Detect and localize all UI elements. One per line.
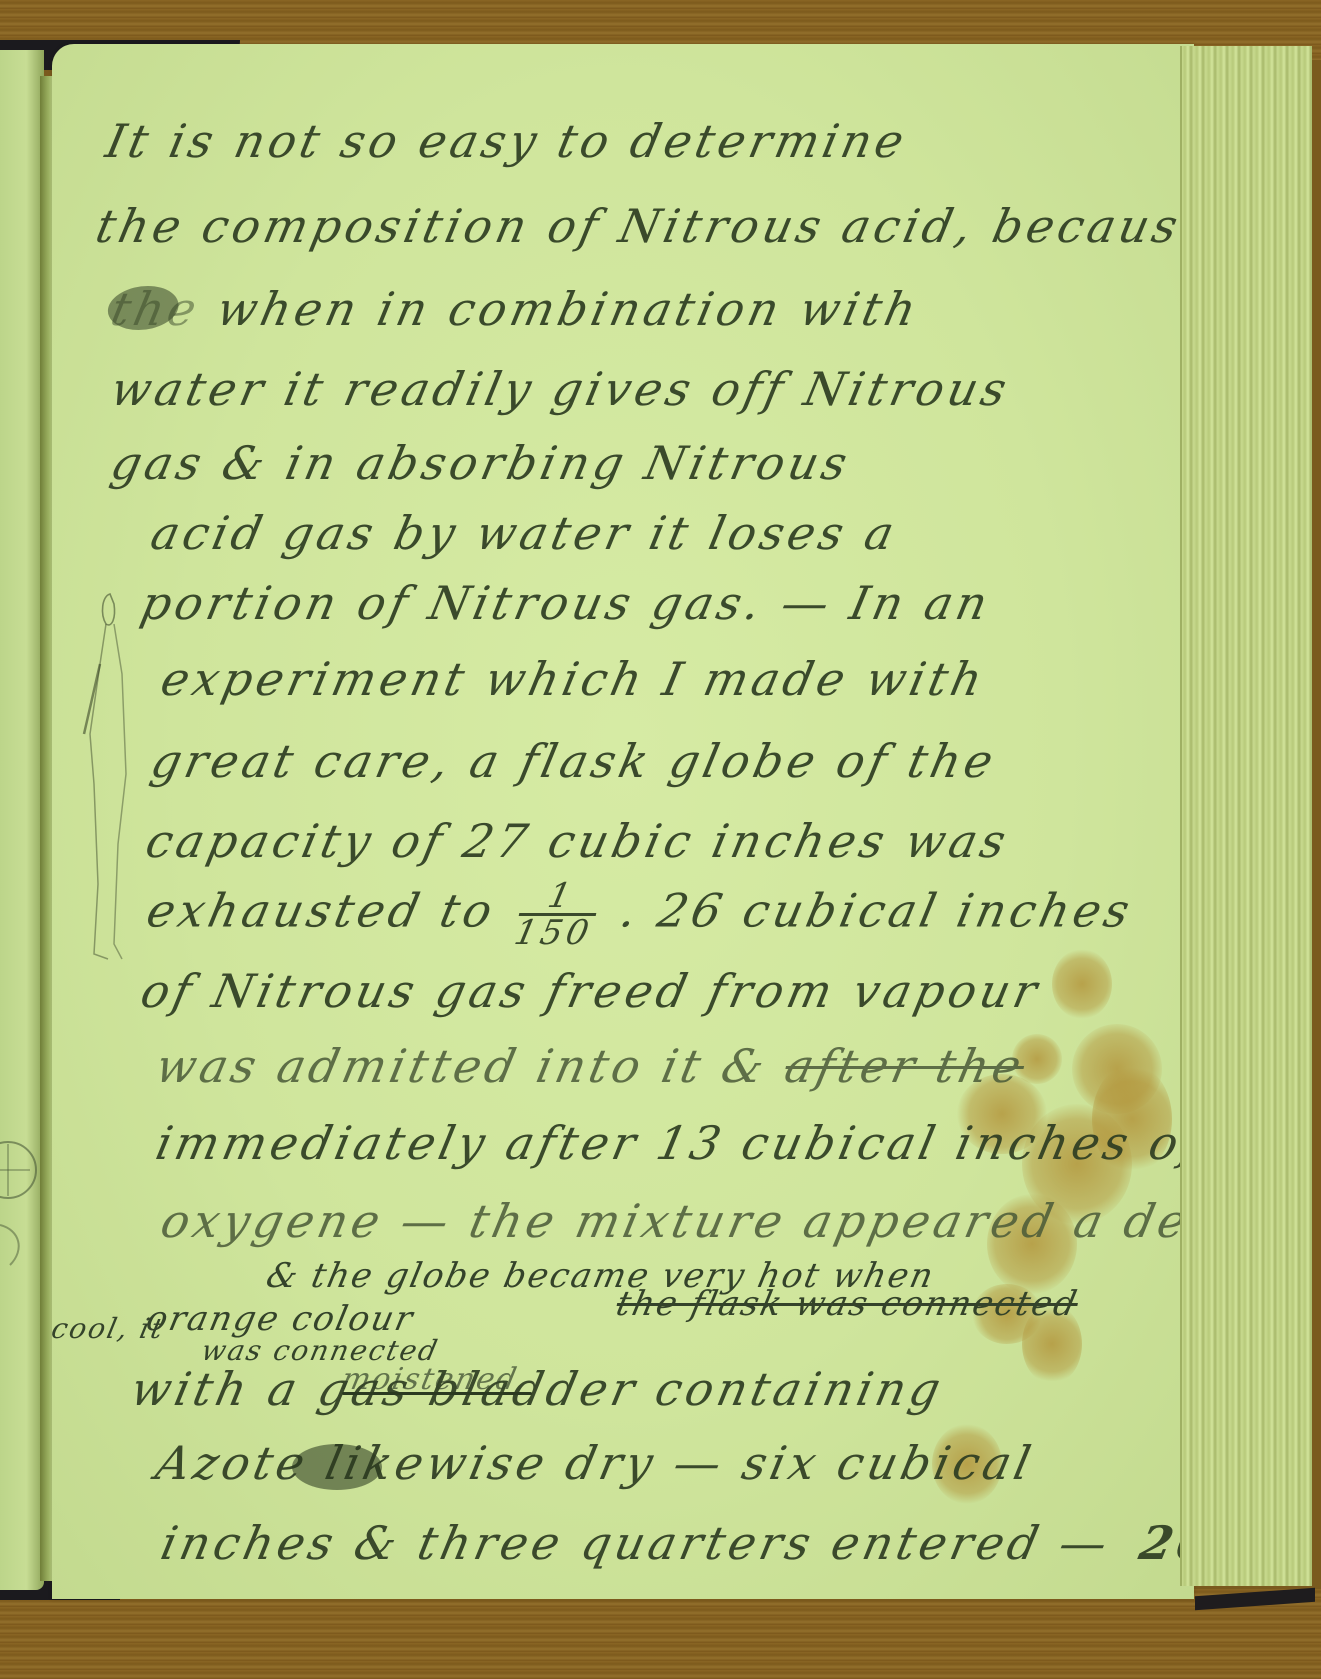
struck-text: after the	[780, 1039, 1030, 1093]
manuscript-line-3: the when in combination with	[106, 282, 925, 336]
manuscript-page: It is not so easy to determine the compo…	[52, 44, 1194, 1599]
manuscript-line-1: It is not so easy to determine	[101, 114, 912, 168]
manuscript-line-7: portion of Nitrous gas. — In an	[136, 576, 996, 630]
struck-word: the	[106, 282, 205, 336]
stain	[1052, 949, 1112, 1019]
manuscript-line-5: gas & in absorbing Nitrous	[106, 436, 855, 490]
wooden-table-bottom	[0, 1589, 1321, 1679]
manuscript-line-2: the composition of Nitrous acid, because	[91, 199, 1217, 253]
circular-diagram-sketch	[0, 1130, 40, 1270]
manuscript-line-4: water it readily gives off Nitrous	[106, 362, 1015, 416]
scribbled-out-word	[292, 1444, 382, 1490]
manuscript-line-18: with a gas bladder containing	[126, 1362, 949, 1416]
page-edges-stack	[1180, 46, 1312, 1586]
manuscript-line-17: orange colour	[143, 1299, 418, 1339]
manuscript-line-9: great care, a flask globe of the	[146, 734, 1001, 788]
manuscript-line-20: inches & three quarters entered — 26 24	[156, 1516, 1317, 1570]
manuscript-line-15: oxygene — the mixture appeared a deep	[156, 1194, 1260, 1248]
manuscript-line-13: was admitted into it & after the	[151, 1039, 1030, 1093]
manuscript-line-12: of Nitrous gas freed from vapour	[136, 964, 1046, 1018]
manuscript-line-11: exhausted to 1 150 . 26 cubical inches	[139, 879, 1139, 950]
manuscript-line-19: Azote likewise dry — six cubical	[151, 1436, 1039, 1490]
struck-text: the flask was connected	[613, 1284, 1082, 1324]
struck-text: moistened	[338, 1362, 521, 1397]
left-page-edge	[0, 50, 44, 1590]
manuscript-line-8: experiment which I made with	[156, 652, 991, 706]
standing-figure-sketch	[72, 584, 142, 984]
manuscript-line-14: immediately after 13 cubical inches of	[151, 1116, 1208, 1170]
fraction: 1 150	[511, 879, 603, 950]
manuscript-line-6: acid gas by water it loses a	[146, 506, 902, 560]
manuscript-line-10: capacity of 27 cubic inches was	[141, 814, 1014, 868]
